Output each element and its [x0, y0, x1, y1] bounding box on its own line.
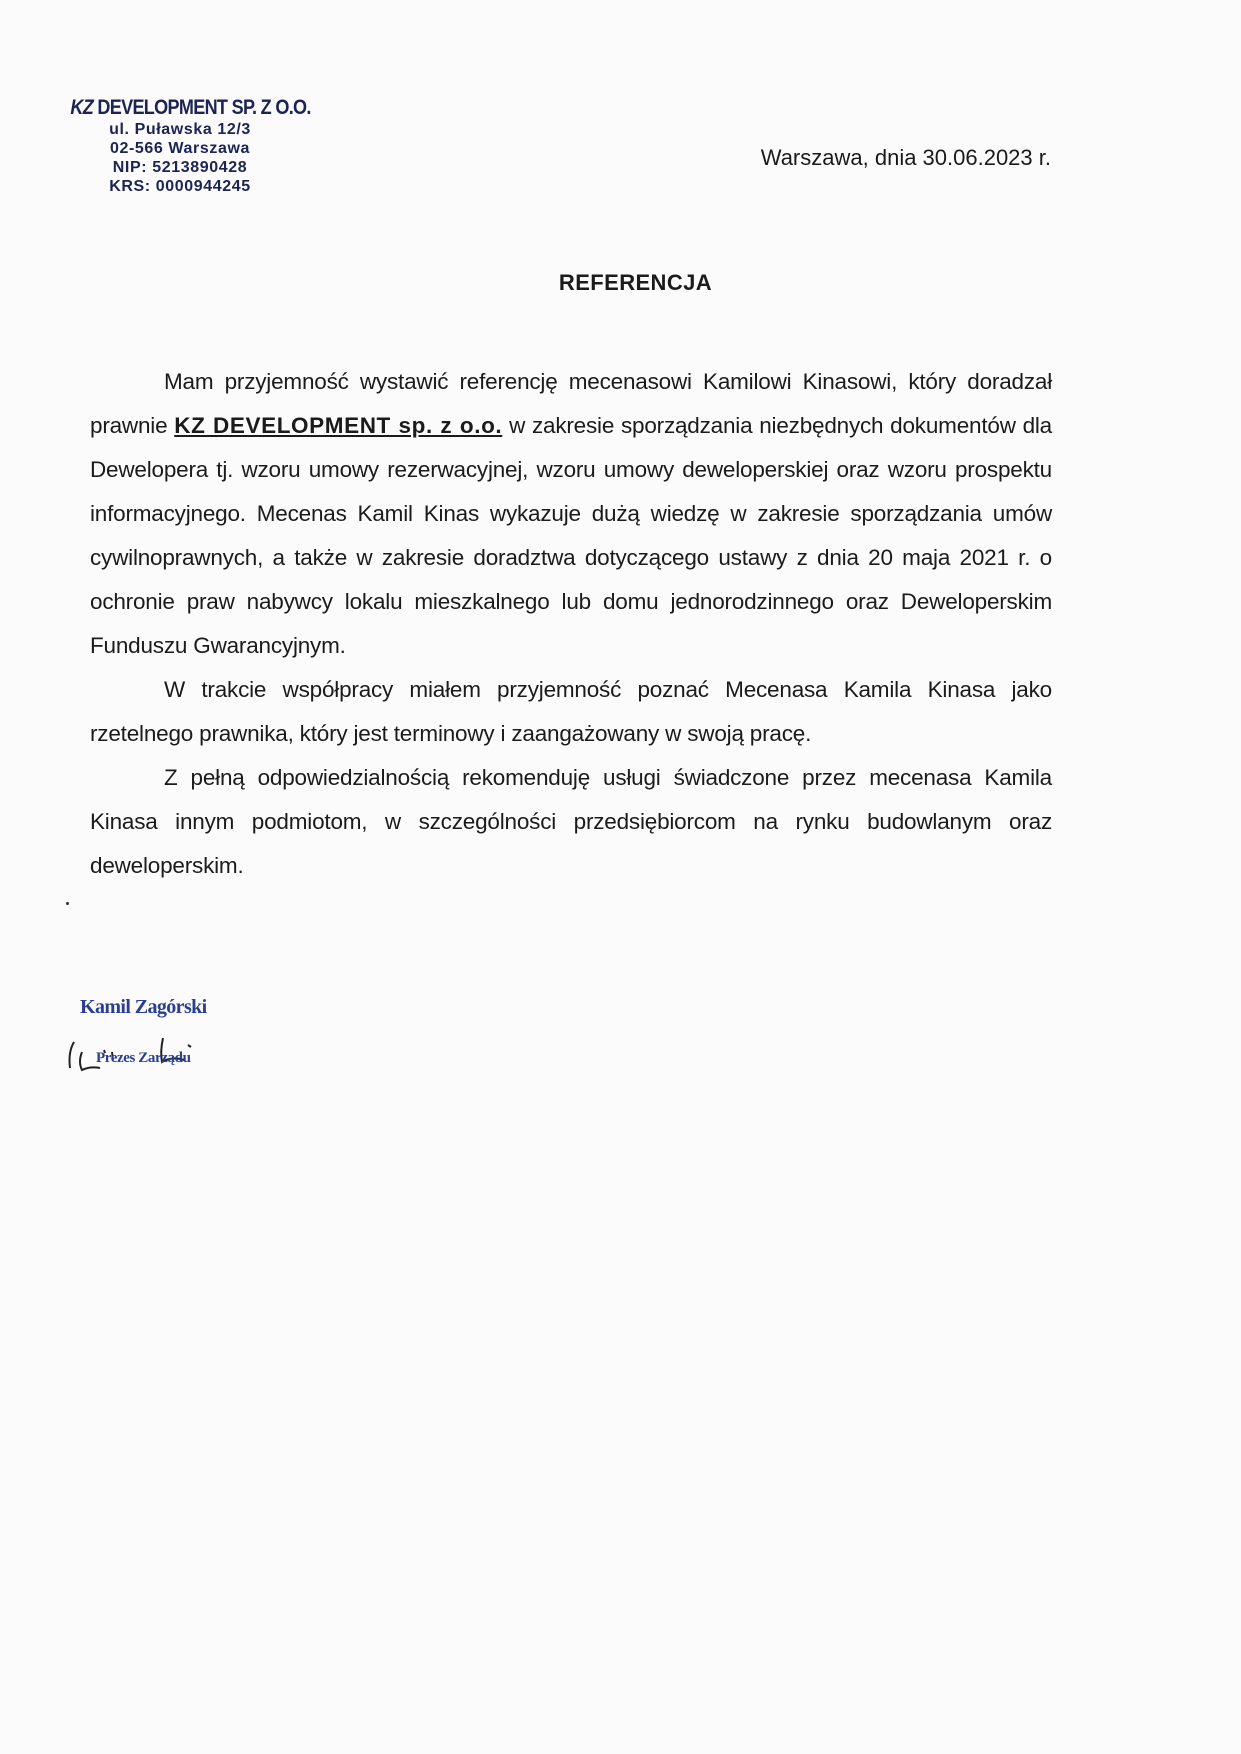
letter-body: Mam przyjemność wystawić referencję mece…: [90, 360, 1052, 888]
signature-stamp: Kamil Zagórski Prezes Zarządu: [60, 990, 280, 1090]
signatory-role: Prezes Zarządu: [96, 1050, 191, 1067]
company-name-rest: DEVELOPMENT SP. Z O.O.: [93, 96, 311, 119]
paragraph-1-rest: w zakresie sporządzania niezbędnych doku…: [90, 413, 1052, 658]
signatory-name: Kamil Zagórski: [80, 996, 207, 1019]
company-street: ul. Puławska 12/3: [46, 120, 314, 139]
date-line: Warszawa, dnia 30.06.2023 r.: [761, 145, 1051, 171]
paragraph-1: Mam przyjemność wystawić referencję mece…: [90, 360, 1052, 668]
company-krs: KRS: 0000944245: [46, 177, 314, 196]
company-nip: NIP: 5213890428: [46, 158, 314, 177]
company-stamp: KZ DEVELOPMENT SP. Z O.O. ul. Puławska 1…: [52, 96, 314, 196]
company-highlight: KZ DEVELOPMENT sp. z o.o.: [174, 413, 502, 438]
company-city: 02-566 Warszawa: [46, 139, 314, 158]
scan-speck: [66, 902, 69, 905]
company-name: KZ DEVELOPMENT SP. Z O.O.: [70, 96, 295, 120]
paragraph-3: Z pełną odpowiedzialnością rekomenduję u…: [90, 756, 1052, 888]
paragraph-2: W trakcie współpracy miałem przyjemność …: [90, 668, 1052, 756]
company-prefix: KZ: [70, 96, 93, 119]
document-title: REFERENCJA: [0, 270, 1241, 296]
